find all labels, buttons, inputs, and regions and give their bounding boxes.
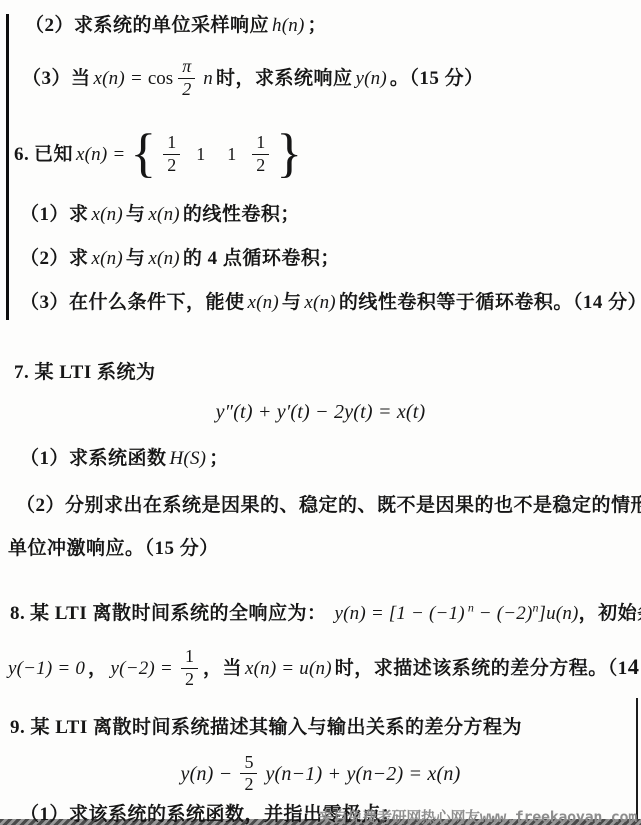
q6-part2-math1: x(n) bbox=[92, 248, 123, 269]
q7-part2-line1: （2）分别求出在系统是因果的、稳定的、既不是因果的也不是稳定的情形下的 bbox=[16, 493, 641, 519]
q9-equation-line: y(n) −52y(n−1) + y(n−2) = x(n) bbox=[0, 750, 641, 798]
q8-score-digit: 4 bbox=[628, 654, 639, 679]
q5-part3-tail: 。（15 分） bbox=[390, 68, 484, 89]
q5-part3-math-a: x(n) = bbox=[94, 68, 143, 89]
q6-header-text: 已知 bbox=[34, 144, 73, 165]
q8-line1-math-a: y(n) = [1 − (−1) bbox=[335, 603, 465, 624]
q6-part1-mid: 与 bbox=[126, 204, 146, 225]
fraction-numerator: 5 bbox=[240, 753, 257, 775]
q6-header-line: 6. 已知x(n) ={121112} bbox=[14, 130, 304, 179]
q7-part2-line2: 单位冲激响应。（15 分） bbox=[8, 536, 219, 562]
q9-equation-math-a: y(n) − bbox=[181, 763, 233, 785]
fraction-denominator: 2 bbox=[240, 774, 257, 794]
half-fraction: 12 bbox=[181, 647, 198, 689]
q5-part3-text: 时，求系统响应 bbox=[216, 68, 353, 89]
q6-part2-label: （2）求 bbox=[20, 248, 89, 269]
q5-part3-line: （3）当x(n) =cosπ2n时，求系统响应y(n)。（15 分） bbox=[22, 55, 484, 103]
q8-line2-text-b: 时，求描述该系统的差分方程。（1 bbox=[335, 658, 628, 679]
q7-equation-line: y″(t) + y′(t) − 2y(t) = x(t) bbox=[0, 399, 641, 425]
q6-part1-math2: x(n) bbox=[148, 204, 179, 225]
sequence-value: 1 bbox=[196, 144, 205, 164]
q5-part3-label: （3）当 bbox=[22, 68, 91, 89]
q6-part1-tail: 的线性卷积； bbox=[183, 204, 300, 225]
q6-part2-line: （2）求x(n)与x(n)的 4 点循环卷积； bbox=[20, 246, 340, 272]
fraction-numerator: 1 bbox=[163, 133, 180, 155]
q6-part3-math1: x(n) bbox=[248, 292, 279, 313]
q9-header-line: 9. 某 LTI 离散时间系统描述其输入与输出关系的差分方程为 bbox=[10, 715, 522, 741]
q9-header-text: 9. 某 LTI 离散时间系统描述其输入与输出关系的差分方程为 bbox=[10, 717, 522, 738]
q8-line2-text-a: 当 bbox=[222, 658, 242, 679]
q5-part2-math: h(n) bbox=[272, 15, 304, 36]
q6-part3-tail: 的线性卷积等于循环卷积。（14 分） bbox=[339, 292, 641, 313]
five-over-2-fraction: 52 bbox=[240, 753, 257, 795]
fraction-numerator: 1 bbox=[181, 647, 198, 669]
q7-header-line: 7. 某 LTI 系统为 bbox=[14, 360, 156, 386]
half-fraction-1: 12 bbox=[163, 133, 180, 175]
q9-equation-math-b: y(n−1) + y(n−2) = x(n) bbox=[265, 763, 460, 785]
q7-part1-line: （1）求系统函数H(S)； bbox=[20, 446, 229, 472]
pi-over-2-fraction: π2 bbox=[178, 57, 195, 99]
q6-part3-math2: x(n) bbox=[304, 292, 335, 313]
fraction-denominator: 2 bbox=[178, 79, 195, 99]
sequence-value: 1 bbox=[227, 144, 236, 164]
half-fraction-2: 12 bbox=[252, 133, 269, 175]
q7-header-text: 7. 某 LTI 系统为 bbox=[14, 362, 156, 383]
q7-part1-punct: ； bbox=[209, 448, 229, 469]
close-brace: } bbox=[276, 123, 302, 183]
fraction-denominator: 2 bbox=[252, 155, 269, 175]
q6-header-math: x(n) = bbox=[76, 144, 125, 165]
q6-part3-line: （3）在什么条件下，能使x(n)与x(n)的线性卷积等于循环卷积。（14 分） bbox=[20, 290, 641, 316]
q7-part2-text2: 单位冲激响应。（15 分） bbox=[8, 538, 219, 559]
q8-line1-label: 某 LTI 离散时间系统的全响应为： bbox=[30, 603, 327, 624]
q8-line1-tail: ，初始条件： bbox=[579, 603, 641, 624]
q8-line1-math-b: − (−2) bbox=[474, 603, 533, 624]
q8-line2-math-b: y(−2) = bbox=[111, 658, 173, 679]
fraction-denominator: 2 bbox=[163, 155, 180, 175]
q5-part2-line: （2）求系统的单位采样响应h(n)； bbox=[25, 13, 327, 39]
q6-part3-mid: 与 bbox=[282, 292, 302, 313]
q6-number: 6. bbox=[14, 144, 29, 165]
q6-part1-label: （1）求 bbox=[20, 204, 89, 225]
fraction-denominator: 2 bbox=[181, 669, 198, 689]
q6-part1-line: （1）求x(n)与x(n)的线性卷积； bbox=[20, 202, 300, 228]
q7-part2-text1: （2）分别求出在系统是因果的、稳定的、既不是因果的也不是稳定的情形下的 bbox=[16, 495, 641, 516]
q7-equation: y″(t) + y′(t) − 2y(t) = x(t) bbox=[216, 401, 426, 423]
q8-line2-sep-b: ， bbox=[203, 658, 223, 679]
q5-part2-punct: ； bbox=[307, 15, 327, 36]
q5-part2-label: （2）求系统的单位采样响应 bbox=[25, 15, 269, 36]
fraction-numerator: π bbox=[178, 57, 195, 79]
q5-part3-math-b: n bbox=[203, 68, 213, 89]
scan-artifact-left-line bbox=[6, 14, 9, 320]
freekaoyan-watermark: 来自免费考研网热心网友www.freekaoyan.com bbox=[318, 806, 637, 825]
q6-part1-math1: x(n) bbox=[92, 204, 123, 225]
q8-line2-math-a: y(−1) = 0 bbox=[8, 658, 85, 679]
q8-line2-math-c: x(n) = u(n) bbox=[245, 658, 332, 679]
q8-line1: 8. 某 LTI 离散时间系统的全响应为：y(n) = [1 − (−1)n −… bbox=[10, 601, 641, 627]
q8-line2-sep-a: ， bbox=[88, 658, 108, 679]
scanned-exam-page: （2）求系统的单位采样响应h(n)； （3）当x(n) =cosπ2n时，求系统… bbox=[0, 0, 641, 825]
cos-function: cos bbox=[148, 68, 173, 89]
q5-part3-math-c: y(n) bbox=[355, 68, 386, 89]
q8-number: 8. bbox=[10, 603, 25, 624]
open-brace: { bbox=[130, 123, 156, 183]
q6-part3-label: （3）在什么条件下，能使 bbox=[20, 292, 245, 313]
q6-part2-mid: 与 bbox=[126, 248, 146, 269]
q6-part2-tail: 的 4 点循环卷积； bbox=[183, 248, 340, 269]
q8-line2: y(−1) = 0，y(−2) =12，当x(n) = u(n)时，求描述该系统… bbox=[8, 643, 641, 693]
q6-part2-math2: x(n) bbox=[148, 248, 179, 269]
q7-part1-label: （1）求系统函数 bbox=[20, 448, 167, 469]
q7-part1-math: H(S) bbox=[170, 448, 207, 469]
fraction-numerator: 1 bbox=[252, 133, 269, 155]
q8-line1-math-c: ]u(n) bbox=[539, 603, 579, 624]
